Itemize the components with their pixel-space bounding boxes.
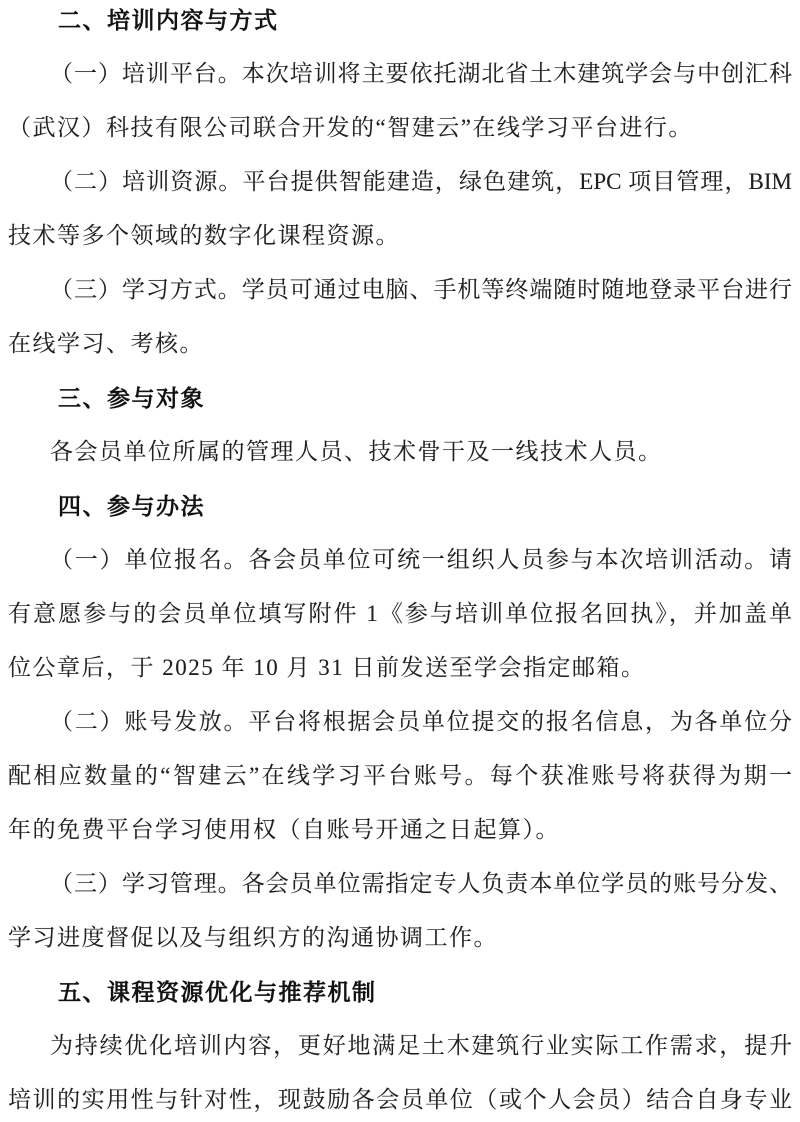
text-line: 为持续优化培训内容，更好地满足土木建筑行业实际工作需求，提升 [8, 1019, 792, 1073]
document-page: 二、培训内容与方式（一）培训平台。本次培训将主要依托湖北省土木建筑学会与中创汇科… [0, 0, 800, 1122]
text-line: （二）账号发放。平台将根据会员单位提交的报名信息，为各单位分 [8, 695, 792, 749]
text-line: （一）培训平台。本次培训将主要依托湖北省土木建筑学会与中创汇科 [8, 47, 792, 101]
section-heading: 三、参与对象 [8, 371, 792, 425]
text-line: 位公章后，于 2025 年 10 月 31 日前发送至学会指定邮箱。 [8, 641, 792, 695]
text-line: （三）学习管理。各会员单位需指定专人负责本单位学员的账号分发、 [8, 857, 792, 911]
section-heading: 五、课程资源优化与推荐机制 [8, 965, 792, 1019]
text-line: 培训的实用性与针对性，现鼓励各会员单位（或个人会员）结合自身专业 [8, 1073, 792, 1122]
text-line: （二）培训资源。平台提供智能建造，绿色建筑，EPC 项目管理，BIM [8, 155, 792, 209]
section-heading: 二、培训内容与方式 [8, 0, 792, 47]
text-line: 配相应数量的“智建云”在线学习平台账号。每个获准账号将获得为期一 [8, 749, 792, 803]
text-line: （一）单位报名。各会员单位可统一组织人员参与本次培训活动。请 [8, 533, 792, 587]
document-content: 二、培训内容与方式（一）培训平台。本次培训将主要依托湖北省土木建筑学会与中创汇科… [8, 0, 792, 1122]
text-line: 有意愿参与的会员单位填写附件 1《参与培训单位报名回执》，并加盖单 [8, 587, 792, 641]
section-heading: 四、参与办法 [8, 479, 792, 533]
text-line: （三）学习方式。学员可通过电脑、手机等终端随时随地登录平台进行 [8, 263, 792, 317]
text-line: 学习进度督促以及与组织方的沟通协调工作。 [8, 911, 792, 965]
text-line: （武汉）科技有限公司联合开发的“智建云”在线学习平台进行。 [8, 101, 792, 155]
text-line: 年的免费平台学习使用权（自账号开通之日起算）。 [8, 803, 792, 857]
text-line: 各会员单位所属的管理人员、技术骨干及一线技术人员。 [8, 425, 792, 479]
text-line: 技术等多个领域的数字化课程资源。 [8, 209, 792, 263]
text-line: 在线学习、考核。 [8, 317, 792, 371]
